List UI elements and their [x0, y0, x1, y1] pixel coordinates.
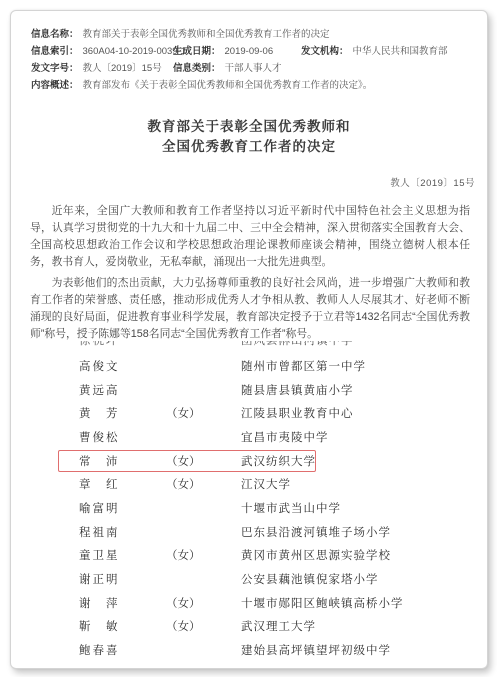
- table-row: 鲍春喜 建始县高坪镇望坪初级中学: [79, 638, 477, 662]
- teacher-name: 谢 萍: [79, 595, 166, 611]
- school-name: 公安县藕池镇倪家塔小学: [241, 571, 477, 587]
- page-title-line1: 教育部关于表彰全国优秀教师和: [11, 117, 487, 137]
- document-number: 教人〔2019〕15号: [390, 175, 475, 189]
- paragraph-1: 近年来，全国广大教师和教育工作者坚持以习近平新时代中国特色社会主义思想为指导，认…: [30, 203, 470, 271]
- school-name: 随县唐县镇黄庙小学: [241, 382, 477, 398]
- info-index-label: 信息索引：: [31, 43, 79, 60]
- teacher-name: 谢正明: [79, 571, 166, 587]
- school-name: 建始县高坪镇望坪初级中学: [241, 642, 477, 658]
- metadata-row-docno: 发文字号： 教人〔2019〕15号 信息类别： 干部人事人才: [31, 60, 471, 77]
- school-name: 十堰市郧阳区鲍峡镇高桥小学: [241, 595, 477, 611]
- teacher-name: 喻富明: [79, 500, 166, 516]
- table-row: 谢 萍 （女） 十堰市郧阳区鲍峡镇高桥小学: [79, 591, 477, 615]
- teacher-name: 曹俊松: [79, 429, 166, 445]
- gender-label: （女）: [166, 405, 241, 421]
- metadata-row-summary: 内容概述： 教育部发布《关于表彰全国优秀教师和全国优秀教育工作者的决定》。: [31, 77, 471, 94]
- clipped-row-content: 徐桄坪 团风县淋山河镇中学: [79, 341, 354, 348]
- metadata-row-index: 信息索引： 360A04-10-2019-0039-1 生成日期： 2019-0…: [31, 43, 471, 60]
- school-name: 武汉纺织大学: [241, 453, 477, 469]
- gender-label: （女）: [166, 595, 241, 611]
- agency-pair: 发文机构： 中华人民共和国教育部: [301, 43, 448, 60]
- gen-date-pair: 生成日期： 2019-09-06: [173, 43, 301, 60]
- teacher-name: 黄远高: [79, 382, 166, 398]
- table-row: 黄远高 随县唐县镇黄庙小学: [79, 378, 477, 402]
- teacher-name: 高俊文: [79, 358, 166, 374]
- table-row: 喻富明 十堰市武当山中学: [79, 496, 477, 520]
- category-label: 信息类别：: [173, 60, 221, 77]
- info-name-label: 信息名称：: [31, 26, 79, 43]
- page-title: 教育部关于表彰全国优秀教师和 全国优秀教育工作者的决定: [11, 117, 487, 157]
- table-row-clipped: 徐桄坪 团风县淋山河镇中学: [79, 341, 477, 348]
- school-name: 十堰市武当山中学: [241, 500, 477, 516]
- table-row: 高俊文 随州市曾都区第一中学: [79, 354, 477, 378]
- teacher-name: 程祖南: [79, 524, 166, 540]
- gender-label: [166, 341, 241, 348]
- teacher-name: 徐桄坪: [79, 341, 166, 348]
- table-row: 黄 芳 （女） 江陵县职业教育中心: [79, 401, 477, 425]
- school-name: 宜昌市夷陵中学: [241, 429, 477, 445]
- school-name: 江陵县职业教育中心: [241, 405, 477, 421]
- teacher-name: 黄 芳: [79, 405, 166, 421]
- school-name: 黄冈市黄州区思源实验学校: [241, 547, 477, 563]
- gen-date-value: 2019-09-06: [225, 43, 274, 60]
- gen-date-label: 生成日期：: [173, 43, 221, 60]
- summary-label: 内容概述：: [31, 77, 79, 94]
- gender-label: （女）: [166, 476, 241, 492]
- table-row-highlighted: 常 沛 （女） 武汉纺织大学: [79, 449, 477, 473]
- info-index-value: 360A04-10-2019-0039-1: [83, 43, 187, 60]
- info-index-pair: 信息索引： 360A04-10-2019-0039-1: [31, 43, 173, 60]
- table-row: 章 红 （女） 江汉大学: [79, 472, 477, 496]
- gender-label: （女）: [166, 547, 241, 563]
- metadata-row-name: 信息名称： 教育部关于表彰全国优秀教师和全国优秀教育工作者的决定: [31, 26, 471, 43]
- gender-label: （女）: [166, 618, 241, 634]
- page-title-line2: 全国优秀教育工作者的决定: [11, 137, 487, 157]
- teacher-name: 鲍春喜: [79, 642, 166, 658]
- school-name: 随州市曾都区第一中学: [241, 358, 477, 374]
- teacher-name: 靳 敏: [79, 618, 166, 634]
- category-value: 干部人事人才: [225, 60, 282, 77]
- table-row: 靳 敏 （女） 武汉理工大学: [79, 615, 477, 639]
- document-body: 近年来，全国广大教师和教育工作者坚持以习近平新时代中国特色社会主义思想为指导，认…: [30, 203, 470, 343]
- info-name-value: 教育部关于表彰全国优秀教师和全国优秀教育工作者的决定: [83, 26, 330, 43]
- paragraph-2: 为表彰他们的杰出贡献，大力弘扬尊师重教的良好社会风尚，进一步增强广大教师和教育工…: [30, 275, 470, 343]
- table-row: 程祖南 巴东县沿渡河镇堆子场小学: [79, 520, 477, 544]
- docno-value: 教人〔2019〕15号: [83, 60, 162, 77]
- gender-label: （女）: [166, 453, 241, 469]
- document-page: 信息名称： 教育部关于表彰全国优秀教师和全国优秀教育工作者的决定 信息索引： 3…: [10, 10, 488, 669]
- agency-value: 中华人民共和国教育部: [353, 43, 448, 60]
- school-name: 团风县淋山河镇中学: [241, 341, 354, 348]
- teacher-name: 章 红: [79, 476, 166, 492]
- table-row: 曹俊松 宜昌市夷陵中学: [79, 425, 477, 449]
- summary-value: 教育部发布《关于表彰全国优秀教师和全国优秀教育工作者的决定》。: [83, 77, 373, 94]
- table-row: 谢正明 公安县藕池镇倪家塔小学: [79, 567, 477, 591]
- category-pair: 信息类别： 干部人事人才: [173, 60, 282, 77]
- metadata-block: 信息名称： 教育部关于表彰全国优秀教师和全国优秀教育工作者的决定 信息索引： 3…: [31, 26, 471, 94]
- teacher-name: 常 沛: [79, 453, 166, 469]
- docno-label: 发文字号：: [31, 60, 79, 77]
- agency-label: 发文机构：: [301, 43, 349, 60]
- honoree-list: 徐桄坪 团风县淋山河镇中学 高俊文 随州市曾都区第一中学 黄远高 随县唐县镇黄庙…: [79, 341, 477, 662]
- teacher-name: 童卫星: [79, 547, 166, 563]
- school-name: 武汉理工大学: [241, 618, 477, 634]
- school-name: 巴东县沿渡河镇堆子场小学: [241, 524, 477, 540]
- school-name: 江汉大学: [241, 476, 477, 492]
- docno-pair: 发文字号： 教人〔2019〕15号: [31, 60, 173, 77]
- table-row: 童卫星 （女） 黄冈市黄州区思源实验学校: [79, 544, 477, 568]
